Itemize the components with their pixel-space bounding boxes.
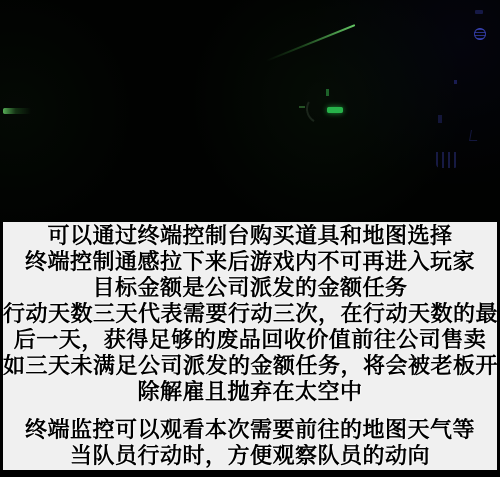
subtitle-line: 后一天，获得足够的废品回收价值前往公司售卖 [3,328,497,354]
hud-claw-icon [436,152,458,168]
hud-mark-icon [475,10,483,14]
green-glow-line [266,24,356,62]
subtitle-line: 终端监控可以观看本次需要前往的地图天气等 [3,418,497,444]
game-scene [0,0,500,222]
subtitle-line: 如三天未满足公司派发的金额任务，将会被老板开 [3,354,497,380]
subtitle-line: 当队员行动时，方便观察队员的动向 [3,444,497,470]
subtitle-line: 目标金额是公司派发的金额任务 [3,276,497,302]
hud-globe-icon [474,28,486,40]
green-tick [299,106,305,108]
subtitle-panel: 可以通过终端控制台购买道具和地图选择 终端控制通感拉下来后游戏内不可再进入玩家 … [0,222,500,477]
subtitle-line: 可以通过终端控制台购买道具和地图选择 [3,224,497,250]
green-indicator-dot [326,89,329,96]
green-glow-blob [327,107,343,113]
hud-arrow-icon [469,130,479,141]
subtitle-line: 行动天数三天代表需要行动三次，在行动天数的最 [3,302,497,328]
hud-mark-mid-icon [438,115,442,123]
subtitle-line: 除解雇且抛弃在太空中 [3,380,497,406]
green-streak-left-edge [3,108,31,114]
hud-dot-icon [454,80,457,84]
subtitle-line: 终端控制通感拉下来后游戏内不可再进入玩家 [3,250,497,276]
game-screenshot-root: 可以通过终端控制台购买道具和地图选择 终端控制通感拉下来后游戏内不可再进入玩家 … [0,0,500,477]
